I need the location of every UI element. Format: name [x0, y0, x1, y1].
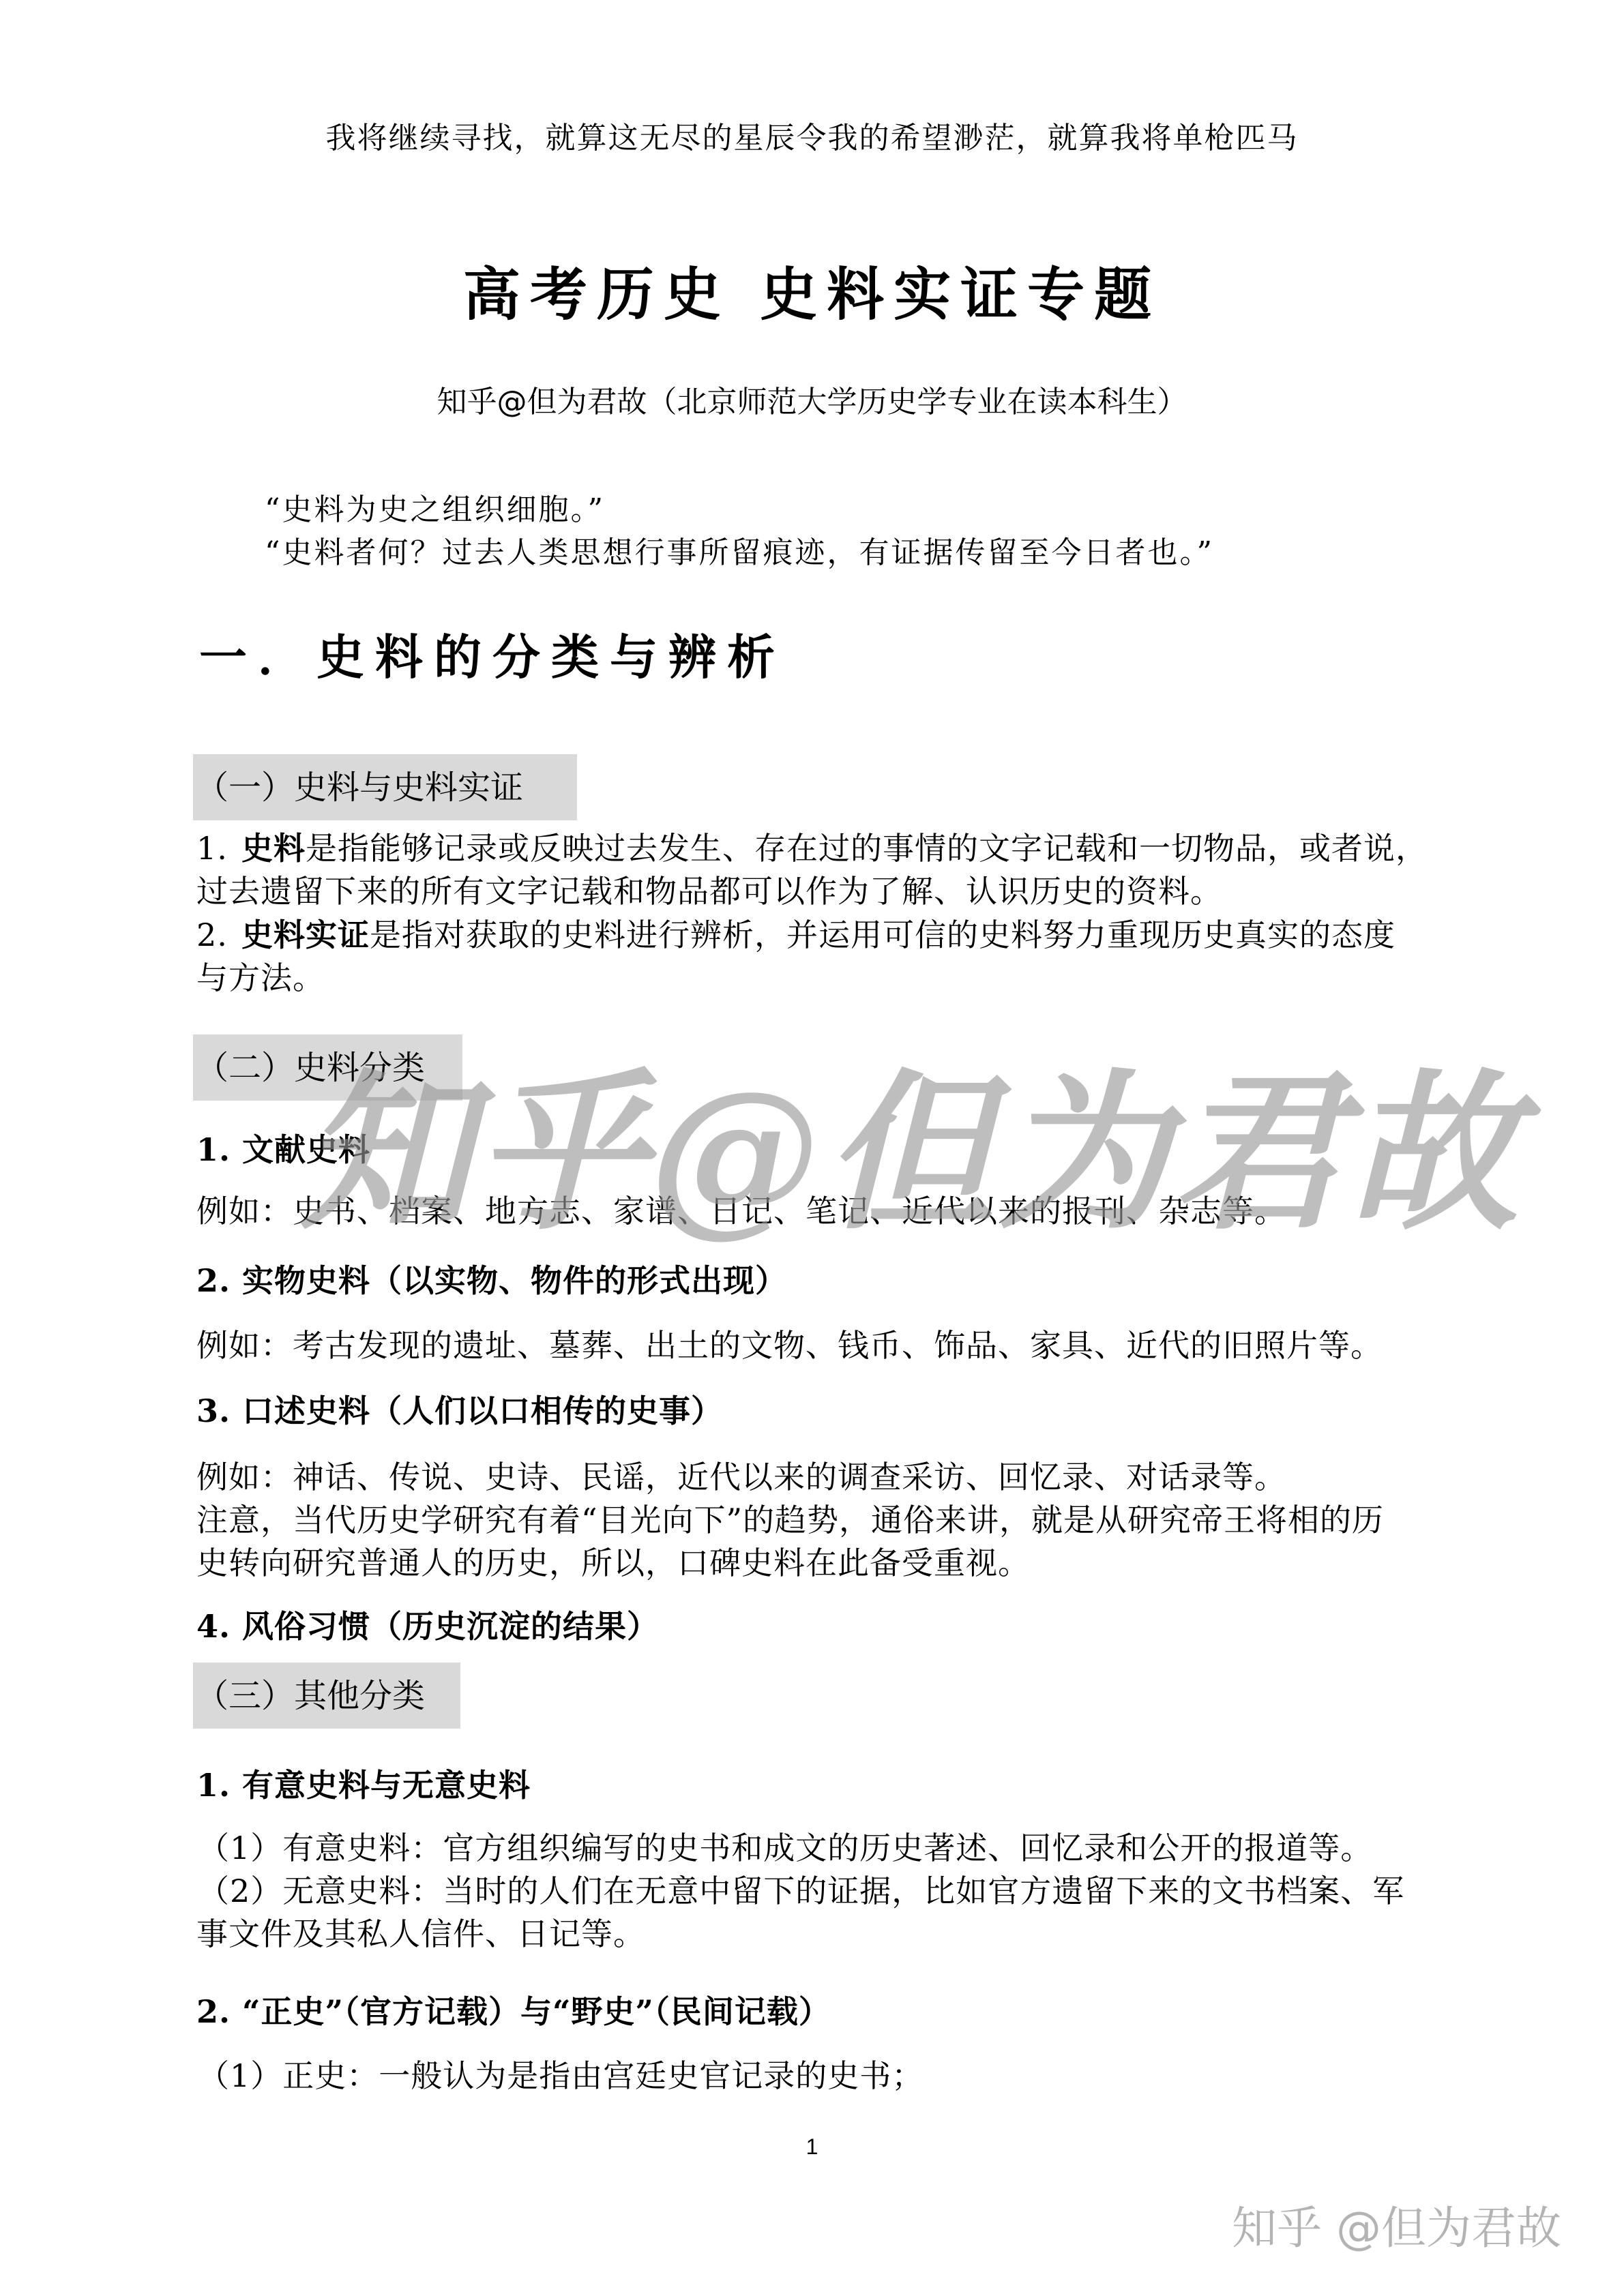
paragraph-1-line-2: 过去遗留下来的所有文字记载和物品都可以作为了解、认识历史的资料。: [196, 872, 1222, 910]
item-youyi-line-3: 事文件及其私人信件、日记等。: [196, 1915, 645, 1953]
item-koushu-note-2: 史转向研究普通人的历史，所以，口碑史料在此备受重视。: [196, 1544, 1030, 1582]
section-heading-2: （二）史料分类: [193, 1034, 462, 1101]
term-shiliao-shizheng: 史料实证: [241, 916, 370, 953]
paragraph-2-line-1: 2.史料实证是指对获取的史料进行辨析，并运用可信的史料努力重现历史真实的态度: [196, 916, 1396, 954]
paragraph-1-text-1: 是指能够记录或反映过去发生、存在过的事情的文字记载和一切物品，或者说，: [306, 830, 1428, 867]
item-wenxian-title: 1. 文献史料: [196, 1131, 370, 1169]
section-heading-3: （三）其他分类: [193, 1663, 460, 1729]
item-koushu-note-1: 注意，当代历史学研究有着“目光向下”的趋势，通俗来讲，就是从研究帝王将相的历: [196, 1501, 1384, 1539]
chapter-heading: 一．史料的分类与辨析: [199, 627, 786, 687]
header-motto: 我将继续寻找，就算这无尽的星辰令我的希望渺茫，就算我将单枪匹马: [0, 119, 1624, 158]
paragraph-2-text-1: 是指对获取的史料进行辨析，并运用可信的史料努力重现历史真实的态度: [370, 916, 1396, 953]
item-youyi-title: 1. 有意史料与无意史料: [196, 1766, 531, 1804]
item-shiwu-example: 例如：考古发现的遗址、墓葬、出土的文物、钱币、饰品、家具、近代的旧照片等。: [196, 1326, 1383, 1365]
quote-2: “史料者何？过去人类思想行事所留痕迹，有证据传留至今日者也。”: [265, 534, 1214, 572]
quote-1: “史料为史之组织细胞。”: [265, 491, 605, 529]
item-koushu-example: 例如：神话、传说、史诗、民谣，近代以来的调查采访、回忆录、对话录等。: [196, 1458, 1286, 1496]
item-shiwu-title: 2. 实物史料（以实物、物件的形式出现）: [196, 1262, 787, 1300]
section-heading-2-text: （二）史料分类: [196, 1047, 425, 1089]
section-heading-1: （一）史料与史料实证: [193, 754, 577, 820]
item-zhengshi-title: 2. “正史”（官方记载）与“野史”（民间记载）: [196, 1993, 831, 2031]
section-heading-1-text: （一）史料与史料实证: [196, 766, 523, 809]
paragraph-1-line-1: 1.史料是指能够记录或反映过去发生、存在过的事情的文字记载和一切物品，或者说，: [196, 829, 1428, 867]
document-title: 高考历史 史料实证专题: [0, 260, 1624, 329]
section-heading-3-text: （三）其他分类: [196, 1675, 425, 1717]
paragraph-1-number: 1.: [196, 829, 241, 867]
item-koushu-title: 3. 口述史料（人们以口相传的史事）: [196, 1392, 723, 1430]
author-line: 知乎@但为君故（北京师范大学历史学专业在读本科生）: [0, 382, 1624, 423]
item-wenxian-example: 例如：史书、档案、地方志、家谱、日记、笔记、近代以来的报刊、杂志等。: [196, 1192, 1286, 1230]
paragraph-2-line-2: 与方法。: [196, 959, 325, 997]
footer-watermark: 知乎 @但为君故: [1232, 2200, 1561, 2257]
paragraph-2-number: 2.: [196, 916, 241, 954]
item-youyi-line-1: （1）有意史料：官方组织编写的史书和成文的历史著述、回忆录和公开的报道等。: [198, 1829, 1372, 1867]
term-shiliao: 史料: [241, 830, 306, 867]
item-fengsu-title: 4. 风俗习惯（历史沉淀的结果）: [196, 1607, 659, 1645]
item-zhengshi-line-1: （1）正史：一般认为是指由宫廷史官记录的史书；: [198, 2057, 924, 2095]
item-youyi-line-2: （2）无意史料：当时的人们在无意中留下的证据，比如官方遗留下来的文书档案、军: [198, 1872, 1404, 1910]
page-number: 1: [0, 2133, 1624, 2160]
